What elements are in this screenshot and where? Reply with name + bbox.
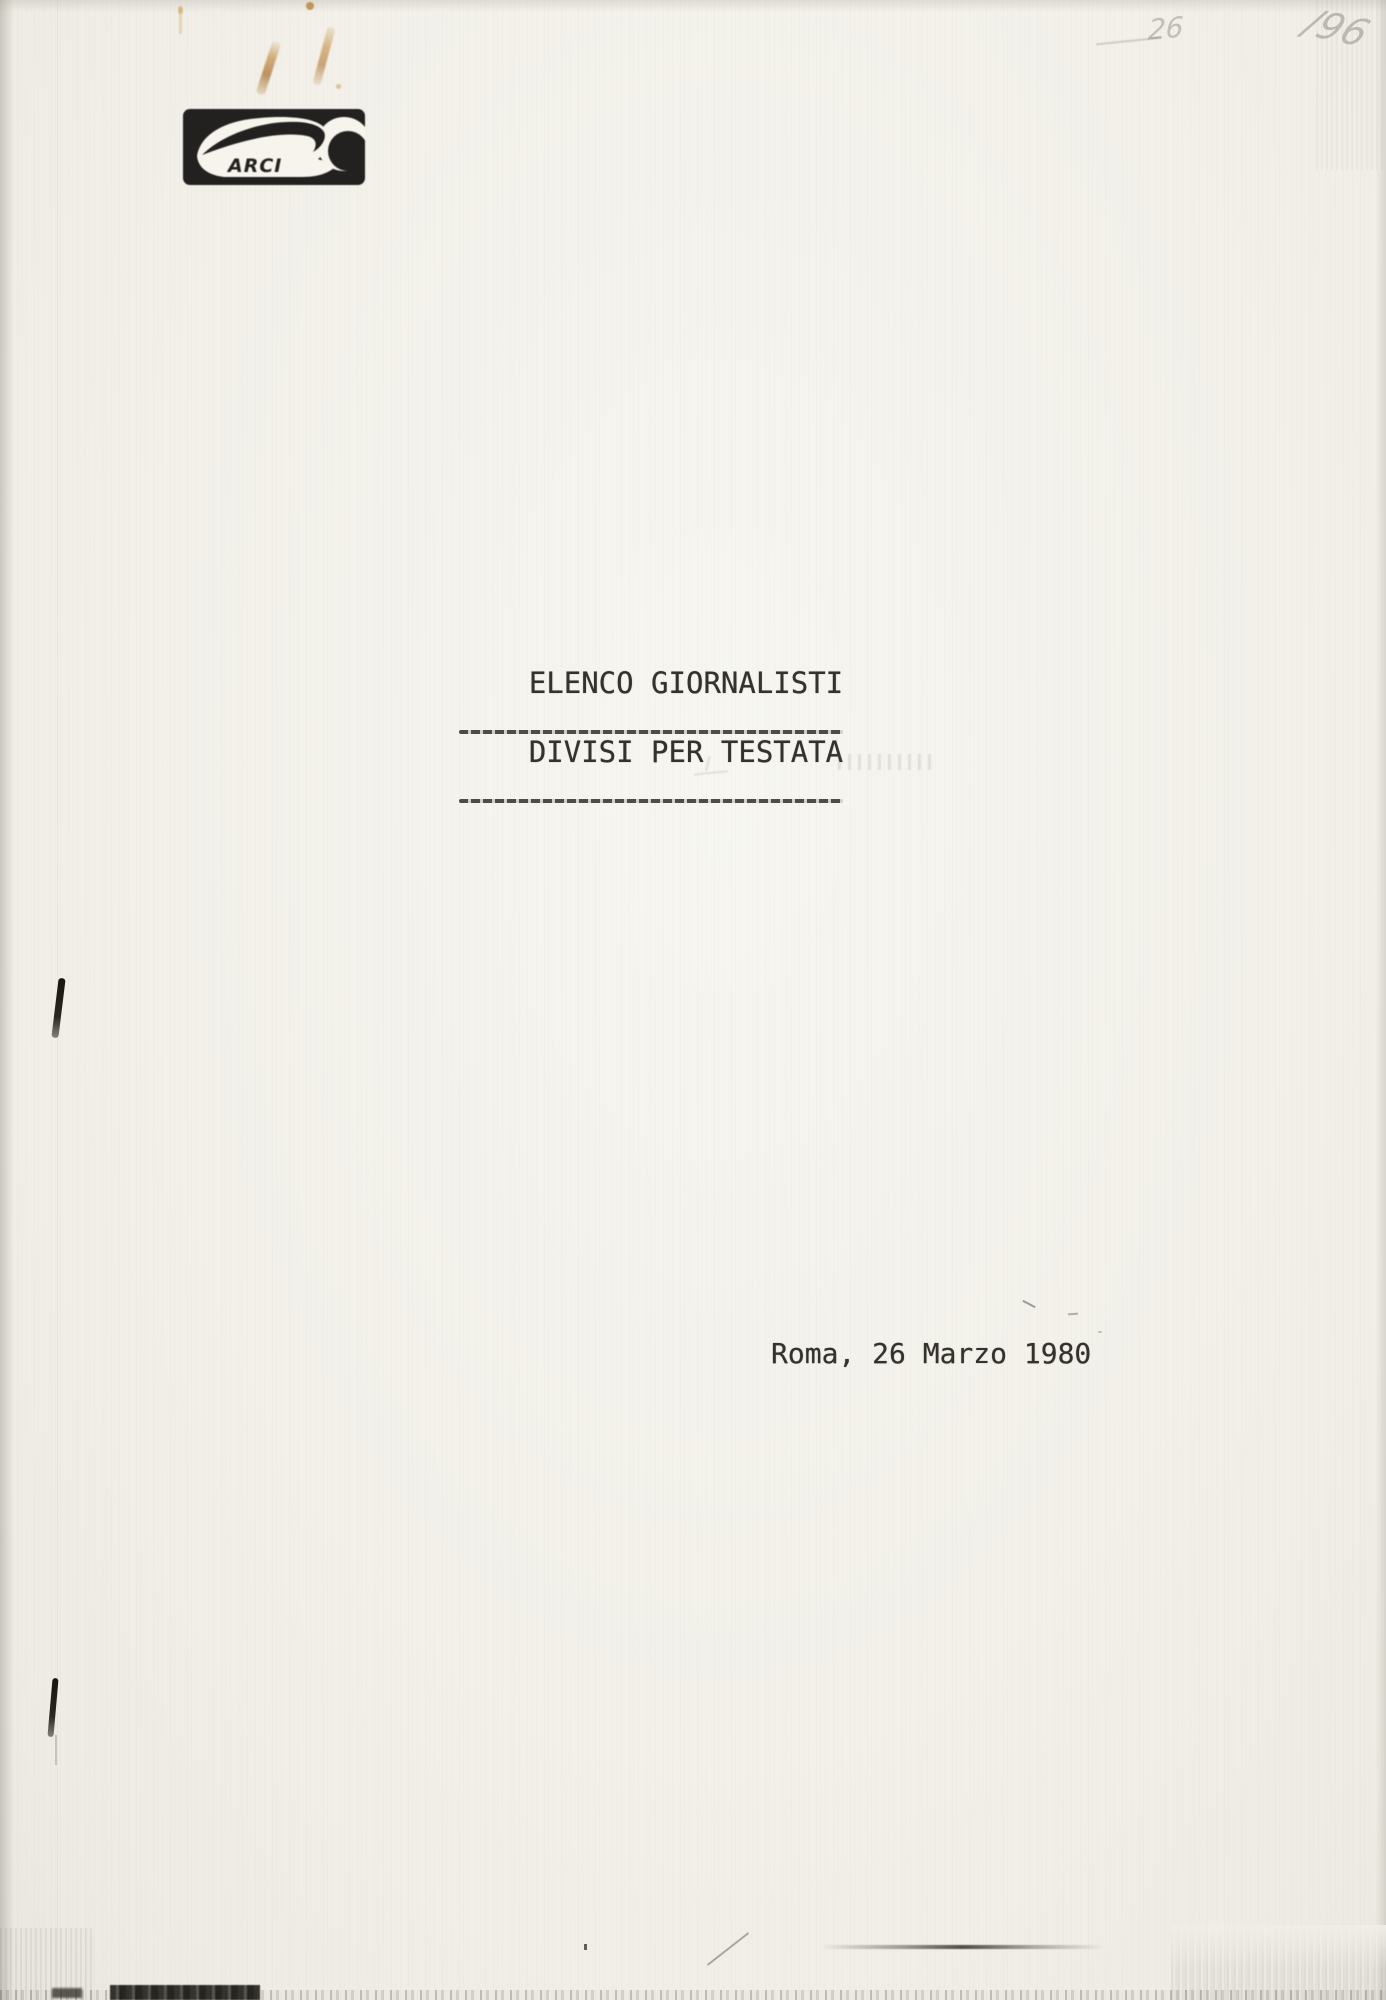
title-underline-2 <box>459 799 843 803</box>
title-line-2: DIVISI PER TESTATA <box>459 709 843 861</box>
ink-speck <box>584 1944 587 1950</box>
page-edge-top <box>0 0 1386 12</box>
pen-stroke <box>51 978 65 1038</box>
scan-edge-band <box>0 1990 1386 2000</box>
rust-stain <box>312 26 335 86</box>
hairline-scratch <box>707 1932 749 1966</box>
page-edge-right <box>1376 0 1386 2000</box>
pen-stroke-tail <box>55 1735 57 1765</box>
pencil-dash <box>1096 37 1162 46</box>
scan-streaks-bottom-right <box>1171 1925 1386 2000</box>
scanned-document-page: ARCI 26 /96 ELENCO GIORNALISTI DIVISI PE… <box>0 0 1386 2000</box>
rust-speck <box>336 84 341 89</box>
smudge-line <box>820 1945 1105 1949</box>
scan-streak-fade <box>1171 1925 1386 1970</box>
scan-streaks-bottom-left <box>0 1928 95 2000</box>
tick-mark <box>1022 1300 1035 1308</box>
title-line-1-text: ELENCO GIORNALISTI <box>529 666 843 700</box>
rust-stain <box>256 40 282 96</box>
arci-logo-text: ARCI <box>226 155 282 177</box>
page-edge-left <box>0 0 14 2000</box>
faint-scribble <box>838 754 938 770</box>
title-line-2-text: DIVISI PER TESTATA <box>529 735 843 769</box>
arci-logo-stamp: ARCI <box>182 108 366 186</box>
tick-mark <box>1068 1313 1078 1316</box>
paper-texture <box>0 0 1386 2000</box>
dateline: Roma, 26 Marzo 1980 <box>771 1340 1091 1368</box>
scan-dark-patch <box>110 1985 260 2000</box>
scan-streaks-top-right <box>1316 0 1386 170</box>
tick-mark <box>1098 1331 1102 1333</box>
pencil-note: 26 <box>1147 10 1184 46</box>
